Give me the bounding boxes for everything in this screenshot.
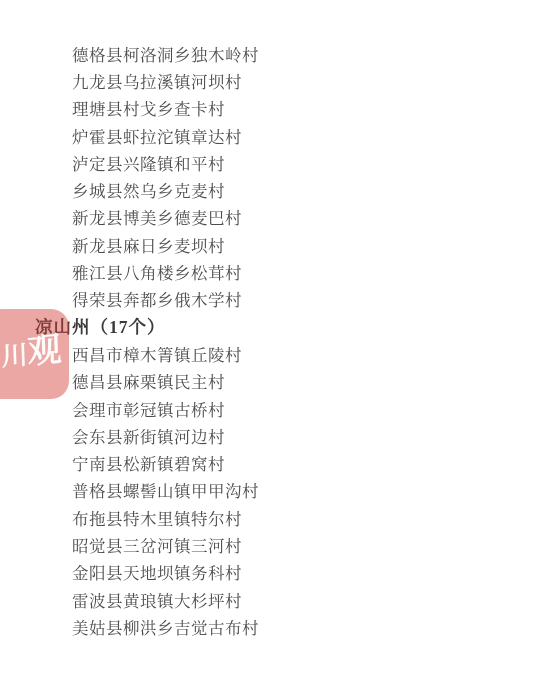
list-item: 昭觉县三岔河镇三河村 (72, 531, 259, 558)
list-item: 德格县柯洛洞乡独木岭村 (72, 40, 259, 67)
list-item: 雷波县黄琅镇大杉坪村 (72, 586, 259, 613)
list-item: 金阳县天地坝镇务科村 (72, 559, 259, 586)
list-item: 宁南县松新镇碧窝村 (72, 449, 259, 476)
list-item: 得荣县奔都乡俄木学村 (72, 286, 259, 313)
list-item: 会理市彰冠镇古桥村 (72, 395, 259, 422)
list-item: 理塘县村戈乡查卡村 (72, 95, 259, 122)
list-item: 新龙县麻日乡麦坝村 (72, 231, 259, 258)
list-item: 乡城县然乌乡克麦村 (72, 176, 259, 203)
list-item: 德昌县麻栗镇民主村 (72, 368, 259, 395)
village-list: 德格县柯洛洞乡独木岭村 九龙县乌拉溪镇河坝村 理塘县村戈乡查卡村 炉霍县虾拉沱镇… (72, 40, 259, 641)
list-item: 新龙县博美乡德麦巴村 (72, 204, 259, 231)
list-item: 九龙县乌拉溪镇河坝村 (72, 67, 259, 94)
list-item: 泸定县兴隆镇和平村 (72, 149, 259, 176)
list-item: 美姑县柳洪乡吉觉古布村 (72, 613, 259, 640)
list-item: 炉霍县虾拉沱镇章达村 (72, 122, 259, 149)
chuanguan-logo-text: 川观 (0, 326, 70, 380)
list-item: 布拖县特木里镇特尔村 (72, 504, 259, 531)
chuanguan-news-watermark-badge: 川观 (0, 309, 69, 399)
list-item: 普格县螺髻山镇甲甲沟村 (72, 477, 259, 504)
document-page: 德格县柯洛洞乡独木岭村 九龙县乌拉溪镇河坝村 理塘县村戈乡查卡村 炉霍县虾拉沱镇… (0, 0, 537, 678)
list-item: 雅江县八角楼乡松茸村 (72, 258, 259, 285)
list-item: 西昌市樟木箐镇丘陵村 (72, 340, 259, 367)
list-item: 会东县新街镇河边村 (72, 422, 259, 449)
